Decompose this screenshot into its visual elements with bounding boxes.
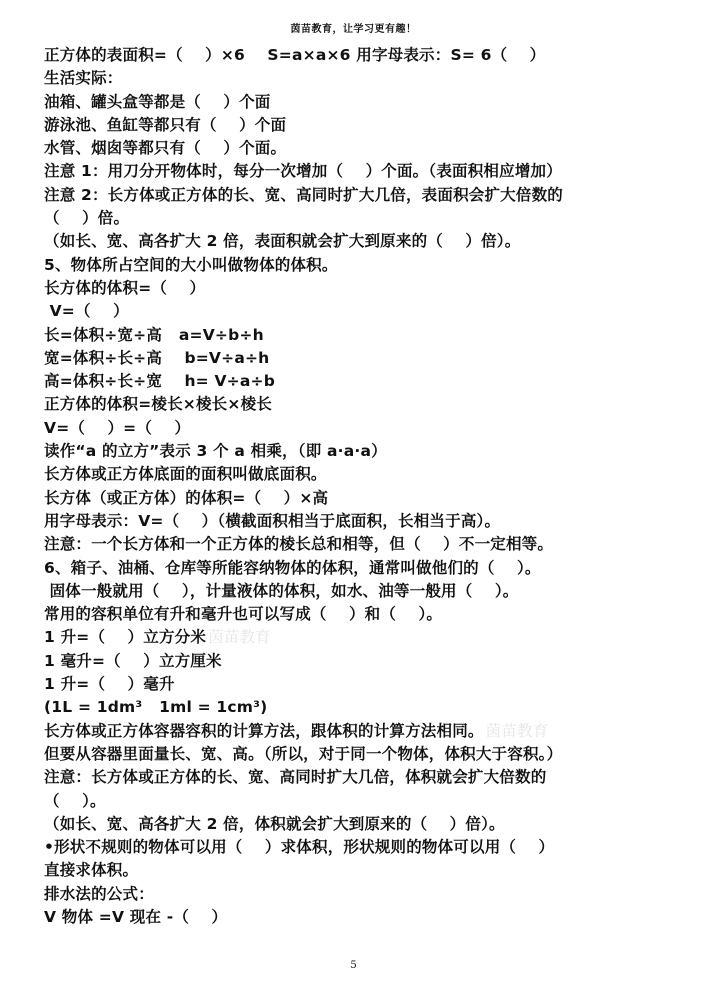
- text-line: V=（ ）: [44, 300, 674, 323]
- text-line: 1 升=（ ）立方分米: [44, 628, 206, 646]
- text-line: 注意 2：长方体或正方体的长、宽、高同时扩大几倍，表面积会扩大倍数的: [44, 184, 674, 207]
- document-body: 正方体的表面积=（ ）×6 S=a×a×6 用字母表示：S= 6（ ） 生活实际…: [44, 44, 674, 929]
- page-number: 5: [0, 960, 707, 971]
- page-header: 茵苗教育，让学习更有趣！: [0, 20, 707, 35]
- text-line: 长方体（或正方体）的体积=（ ）×高: [44, 487, 674, 510]
- text-line: 生活实际：: [44, 67, 674, 90]
- text-line: 长方体或正方体容器容积的计算方法，跟体积的计算方法相同。: [44, 722, 484, 740]
- text-line: V=（ ）=（ ）: [44, 417, 674, 440]
- watermark: 茵苗教育: [486, 722, 549, 740]
- text-line: 读作“a 的立方”表示 3 个 a 相乘，（即 a·a·a）: [44, 440, 674, 463]
- text-line: 注意：一个长方体和一个正方体的棱长总和相等，但（ ）不一定相等。: [44, 533, 674, 556]
- section-heading: 5、物体所占空间的大小叫做物体的体积。: [44, 254, 674, 277]
- text-line: （ ）。: [44, 790, 674, 813]
- text-line: 正方体的体积=棱长×棱长×棱长: [44, 393, 674, 416]
- text-line: 油箱、罐头盒等都是（ ）个面: [44, 91, 674, 114]
- text-line: 正方体的表面积=（ ）×6 S=a×a×6 用字母表示：S= 6（ ）: [44, 44, 674, 67]
- text-line: 常用的容积单位有升和毫升也可以写成（ ）和（ ）。: [44, 603, 674, 626]
- text-line: •形状不规则的物体可以用（ ）求体积，形状规则的物体可以用（ ）: [44, 836, 674, 859]
- text-line: 1 升=（ ）毫升: [44, 673, 674, 696]
- text-line: 1 毫升=（ ）立方厘米: [44, 650, 674, 673]
- text-line: （如长、宽、高各扩大 2 倍，表面积就会扩大到原来的（ ）倍）。: [44, 230, 674, 253]
- text-line: （如长、宽、高各扩大 2 倍，体积就会扩大到原来的（ ）倍）。: [44, 813, 674, 836]
- text-line-with-watermark: 长方体或正方体容器容积的计算方法，跟体积的计算方法相同。茵苗教育: [44, 720, 674, 743]
- text-line: 固体一般就用（ ），计量液体的体积，如水、油等一般用（ ）。: [44, 580, 674, 603]
- text-line: （ ）倍。: [44, 207, 674, 230]
- text-line: 注意 1：用刀分开物体时，每分一次增加（ ）个面。（表面积相应增加）: [44, 160, 674, 183]
- text-line: 注意：长方体或正方体的长、宽、高同时扩大几倍，体积就会扩大倍数的: [44, 766, 674, 789]
- text-line: (1L = 1dm³ 1ml = 1cm³): [44, 696, 674, 719]
- text-line: 长=体积÷宽÷高 a=V÷b÷h: [44, 324, 674, 347]
- text-line: 水管、烟囱等都只有（ ）个面。: [44, 137, 674, 160]
- text-line: 长方体或正方体底面的面积叫做底面积。: [44, 463, 674, 486]
- text-line: 高=体积÷长÷宽 h= V÷a÷b: [44, 370, 674, 393]
- text-line: 游泳池、鱼缸等都只有（ ）个面: [44, 114, 674, 137]
- text-line: V 物体 =V 现在 -（ ）: [44, 906, 674, 929]
- section-heading: 6、箱子、油桶、仓库等所能容纳物体的体积，通常叫做他们的（ ）。: [44, 557, 674, 580]
- text-line: 用字母表示：V=（ ）（横截面积相当于底面积，长相当于高）。: [44, 510, 674, 533]
- text-line: 但要从容器里面量长、宽、高。（所以，对于同一个物体，体积大于容积。）: [44, 743, 674, 766]
- text-line: 长方体的体积=（ ）: [44, 277, 674, 300]
- text-line-with-watermark: 1 升=（ ）立方分米茵苗教育: [44, 626, 674, 649]
- text-line: 直接求体积。: [44, 859, 674, 882]
- watermark: 茵苗教育: [208, 628, 271, 646]
- text-line: 宽=体积÷长÷高 b=V÷a÷h: [44, 347, 674, 370]
- text-line: 排水法的公式：: [44, 883, 674, 906]
